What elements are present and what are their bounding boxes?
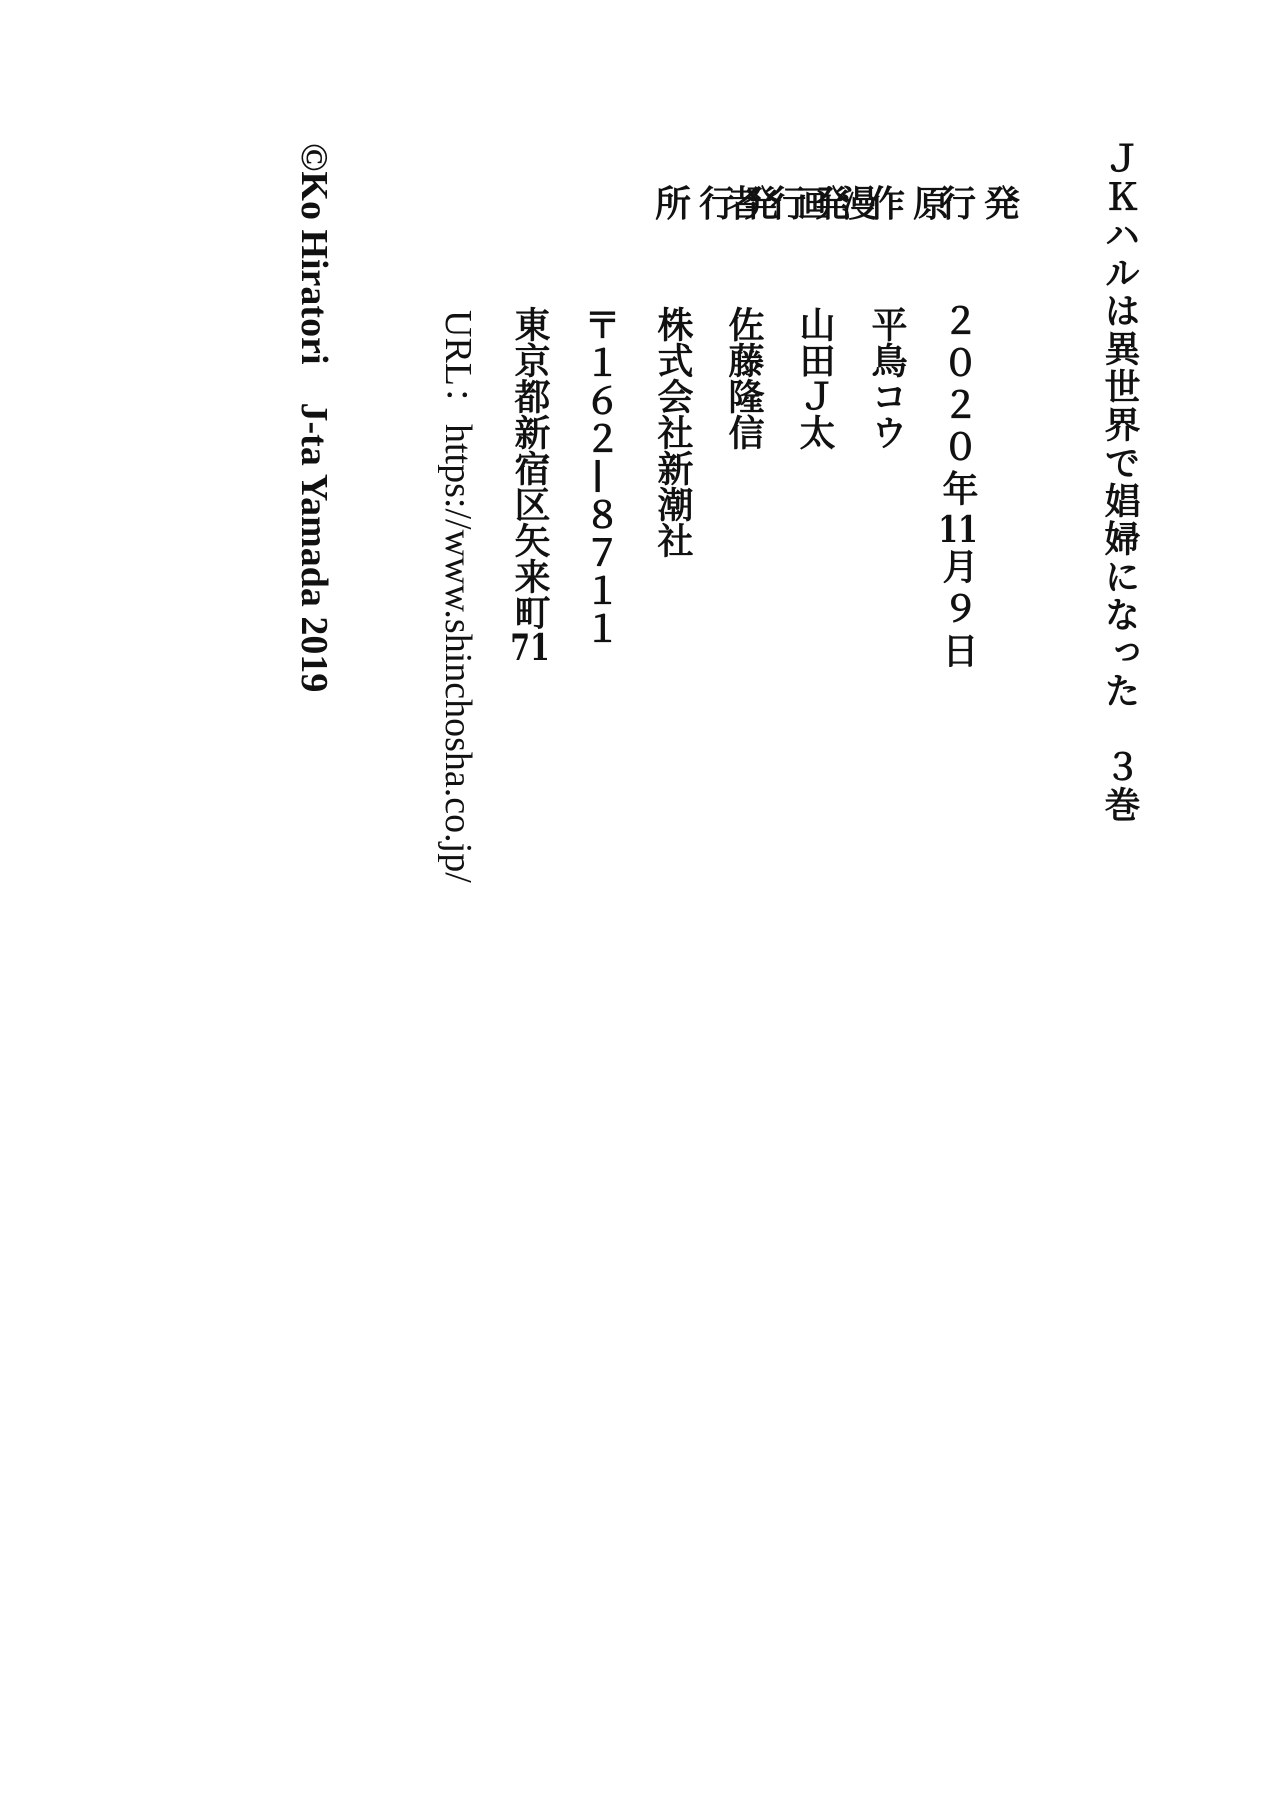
publication-date: ２０２０年11月９日	[936, 302, 980, 674]
book-title: ＪＫハルは異世界で娼婦になった ３巻	[1098, 140, 1142, 824]
website-url[interactable]: URL：https://www.shinchosha.co.jp/	[436, 310, 480, 883]
manga-artist: 山田Ｊ太	[793, 306, 837, 450]
label-publishing-house: 発 行 所	[651, 140, 783, 268]
colophon-page: ＪＫハルは異世界で娼婦になった ３巻 発 行 ２０２０年11月９日 原 作 平鳥…	[0, 0, 1280, 1820]
publishing-house: 株式会社新潮社	[651, 306, 695, 558]
postal-code: 〒１６２—８７１１	[578, 306, 622, 648]
original-author: 平鳥コウ	[865, 306, 909, 450]
address: 東京都新宿区矢来町71	[508, 306, 552, 666]
copyright-notice: ©Ko Hiratori J-ta Yamada 2019	[292, 143, 336, 692]
publisher-person: 佐藤隆信	[722, 306, 766, 450]
